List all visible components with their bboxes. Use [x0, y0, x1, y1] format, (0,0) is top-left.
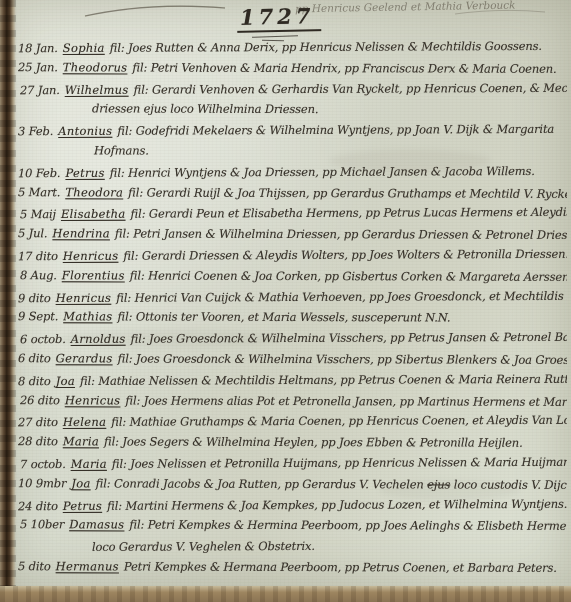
register-entry: 5 ditoHermanusPetri Kempkes & Hermana Pe… [18, 556, 567, 579]
register-entry: 6 ditoGerardusfil: Joes Groesdonck & Wil… [18, 348, 567, 371]
register-entry: 24 ditoPetrusfil: Martini Hermens & Joa … [18, 493, 567, 516]
entry-text: fil: Henrici Coenen & Joa Corken, pp Gis… [130, 268, 567, 283]
entry-text: fil: Joes Hermens alias Pot et Petronell… [125, 393, 567, 409]
entry-text: Petri Kempkes & Hermana Peerboom, pp Pet… [124, 559, 557, 574]
entry-date: 26 dito [20, 393, 60, 407]
child-name: Hermanus [56, 559, 119, 573]
child-name: Maria [63, 434, 99, 448]
child-name: Sophia [63, 41, 105, 55]
entry-date: 5 dito [18, 559, 51, 573]
child-name: Petrus [63, 498, 102, 512]
entry-text: fil: Conradi Jacobs & Joa Rutten, pp Ger… [96, 476, 424, 491]
entry-date: 28 dito [18, 434, 58, 448]
child-name: Maria [71, 457, 107, 471]
register-entry: 10 9mbrJoafil: Conradi Jacobs & Joa Rutt… [18, 473, 567, 496]
entry-date: 27 Jan. [20, 83, 60, 97]
entry-date: 24 dito [18, 499, 58, 513]
entry-date: 3 Feb. [18, 124, 53, 138]
child-name: Petrus [65, 166, 104, 180]
register-entry: 8 Aug.Florentiusfil: Henrici Coenen & Jo… [20, 265, 567, 288]
child-name: Florentius [62, 268, 125, 282]
entry-text: fil: Gerardi Peun et Elisabetha Hermens,… [130, 205, 567, 221]
entry-date: 25 Jan. [18, 60, 58, 74]
entry-text: fil: Gerardi Venhoven & Gerhardis Van Ry… [134, 80, 568, 96]
entry-date: 5 10ber [20, 517, 64, 531]
entry-date: 6 dito [18, 351, 51, 365]
child-name: Wilhelmus [65, 82, 129, 96]
entry-text: fil: Henrici Wyntjens & Joa Driessen, pp… [110, 164, 535, 180]
child-name: Henricus [65, 393, 121, 407]
entry-date: 9 dito [18, 291, 51, 305]
entry-text: fil: Gerardi Driessen & Aleydis Wolters,… [123, 247, 567, 263]
child-name: Elisabetha [61, 207, 126, 221]
struck-word: ejus [427, 477, 450, 491]
child-name: Joa [56, 374, 75, 388]
child-name: Hendrina [52, 226, 109, 240]
register-entry: 10 Feb.Petrusfil: Henrici Wyntjens & Joa… [18, 161, 567, 184]
entry-text: fil: Godefridi Mekelaers & Wilhelmina Wy… [117, 122, 554, 138]
entry-text: fil: Henrici Van Cuijck & Mathia Verhoev… [116, 288, 567, 304]
register-entry: 5 MaijElisabethafil: Gerardi Peun et Eli… [20, 202, 567, 225]
child-name: Mathias [63, 310, 112, 324]
child-name: Theodorus [63, 60, 128, 74]
register-entry: 5 Jul.Hendrinafil: Petri Jansen & Wilhel… [18, 223, 567, 246]
entry-date: 5 Jul. [18, 226, 47, 240]
register-entry: 28 ditoMariafil: Joes Segers & Wilhelmin… [18, 431, 567, 454]
register-entry: 3 Feb.Antoniusfil: Godefridi Mekelaers &… [18, 119, 567, 142]
entry-date: 6 octob. [20, 332, 66, 346]
entry-date: 10 9mbr [18, 476, 66, 490]
entry-text: fil: Petri Venhoven & Maria Hendrix, pp … [132, 60, 556, 75]
child-name: Joa [71, 476, 90, 490]
child-name: Gerardus [56, 351, 113, 365]
child-name: Antonius [58, 124, 112, 138]
entry-date: 18 Jan. [18, 41, 58, 55]
register-entry: 8 ditoJoafil: Mathiae Nelissen & Mechtil… [18, 369, 567, 392]
register-entry: 9 Sept.Mathiasfil: Ottonis ter Vooren, e… [18, 306, 567, 329]
entry-text: fil: Mathiae Nelissen & Mechtildis Heltm… [80, 371, 567, 387]
register-entry: 25 Jan.Theodorusfil: Petri Venhoven & Ma… [18, 57, 567, 80]
entry-date: 10 Feb. [18, 166, 60, 180]
child-name: Damasus [69, 518, 124, 532]
entry-text: loco custodis V. Dijck et Anna Lemmens. [454, 477, 567, 492]
entry-date: 27 dito [18, 415, 58, 429]
entry-text: fil: Joes Groesdonck & Wilhelmina Vissch… [118, 351, 567, 367]
child-name: Helena [63, 415, 106, 429]
entry-date: 17 dito [18, 249, 58, 263]
entry-text: fil: Joes Rutten & Anna Derix, pp Henric… [110, 39, 542, 55]
entry-date: 5 Maij [20, 207, 56, 221]
manuscript-photo: pp Henricus Geelend et Mathia Verbouck 1… [0, 0, 571, 602]
child-name: Henricus [56, 290, 112, 304]
register-entry: 18 Jan.Sophiafil: Joes Rutten & Anna Der… [18, 36, 567, 59]
register-entry: 27 Jan.Wilhelmusfil: Gerardi Venhoven & … [20, 77, 567, 100]
register-entry: 9 ditoHenricusfil: Henrici Van Cuijck & … [18, 285, 567, 308]
child-name: Arnoldus [71, 332, 126, 346]
entry-text: fil: Martini Hermens & Joa Kempkes, pp J… [107, 496, 567, 512]
entry-text: fil: Mathiae Gruthamps & Maria Coenen, p… [111, 413, 567, 429]
register-entries: 18 Jan.Sophiafil: Joes Rutten & Anna Der… [18, 37, 567, 578]
entry-text: fil: Joes Segers & Wilhelmina Heylen, pp… [104, 435, 523, 450]
register-entry: 6 octob.Arnoldusfil: Joes Groesdonck & W… [20, 327, 567, 350]
entry-text: fil: Petri Jansen & Wilhelmina Driessen,… [115, 227, 567, 242]
child-name: Henricus [63, 249, 119, 263]
register-entry: 17 ditoHenricusfil: Gerardi Driessen & A… [18, 244, 567, 267]
register-entry: 5 10berDamasusfil: Petri Kempkes & Hermi… [20, 514, 567, 537]
entry-continuation: driessen ejus loco Wilhelmina Driessen. [18, 99, 567, 122]
entry-text: fil: Ottonis ter Vooren, et Maria Wessel… [117, 310, 450, 325]
entry-continuation: Hofmans. [20, 140, 567, 163]
entry-date: 8 dito [18, 374, 51, 388]
entry-text: fil: Joes Nelissen et Petronilla Huijman… [112, 455, 567, 471]
register-entry: 27 ditoHelenafil: Mathiae Gruthamps & Ma… [18, 410, 567, 433]
entry-continuation: loco Gerardus V. Veghelen & Obstetrix. [18, 535, 567, 558]
child-name: Theodora [65, 185, 123, 199]
entry-date: 5 Mart. [18, 185, 60, 199]
entry-text: fil: Joes Groesdonck & Wilhelmina Vissch… [131, 330, 567, 346]
register-entry: 7 octob.Mariafil: Joes Nelissen et Petro… [20, 452, 567, 475]
year-heading: 1727 [237, 3, 322, 33]
register-entry: 26 ditoHenricusfil: Joes Hermens alias P… [20, 390, 567, 413]
book-binding-edge [0, 0, 16, 586]
entry-date: 8 Aug. [20, 268, 57, 282]
entry-text: fil: Gerardi Ruijl & Joa Thijssen, pp Ge… [128, 185, 567, 200]
entry-date: 7 octob. [20, 457, 66, 471]
entry-date: 9 Sept. [18, 309, 58, 323]
entry-text: fil: Petri Kempkes & Hermina Peerboom, p… [129, 518, 567, 534]
book-cover-below-page [0, 586, 571, 602]
register-entry: 5 Mart.Theodorafil: Gerardi Ruijl & Joa … [18, 182, 567, 205]
